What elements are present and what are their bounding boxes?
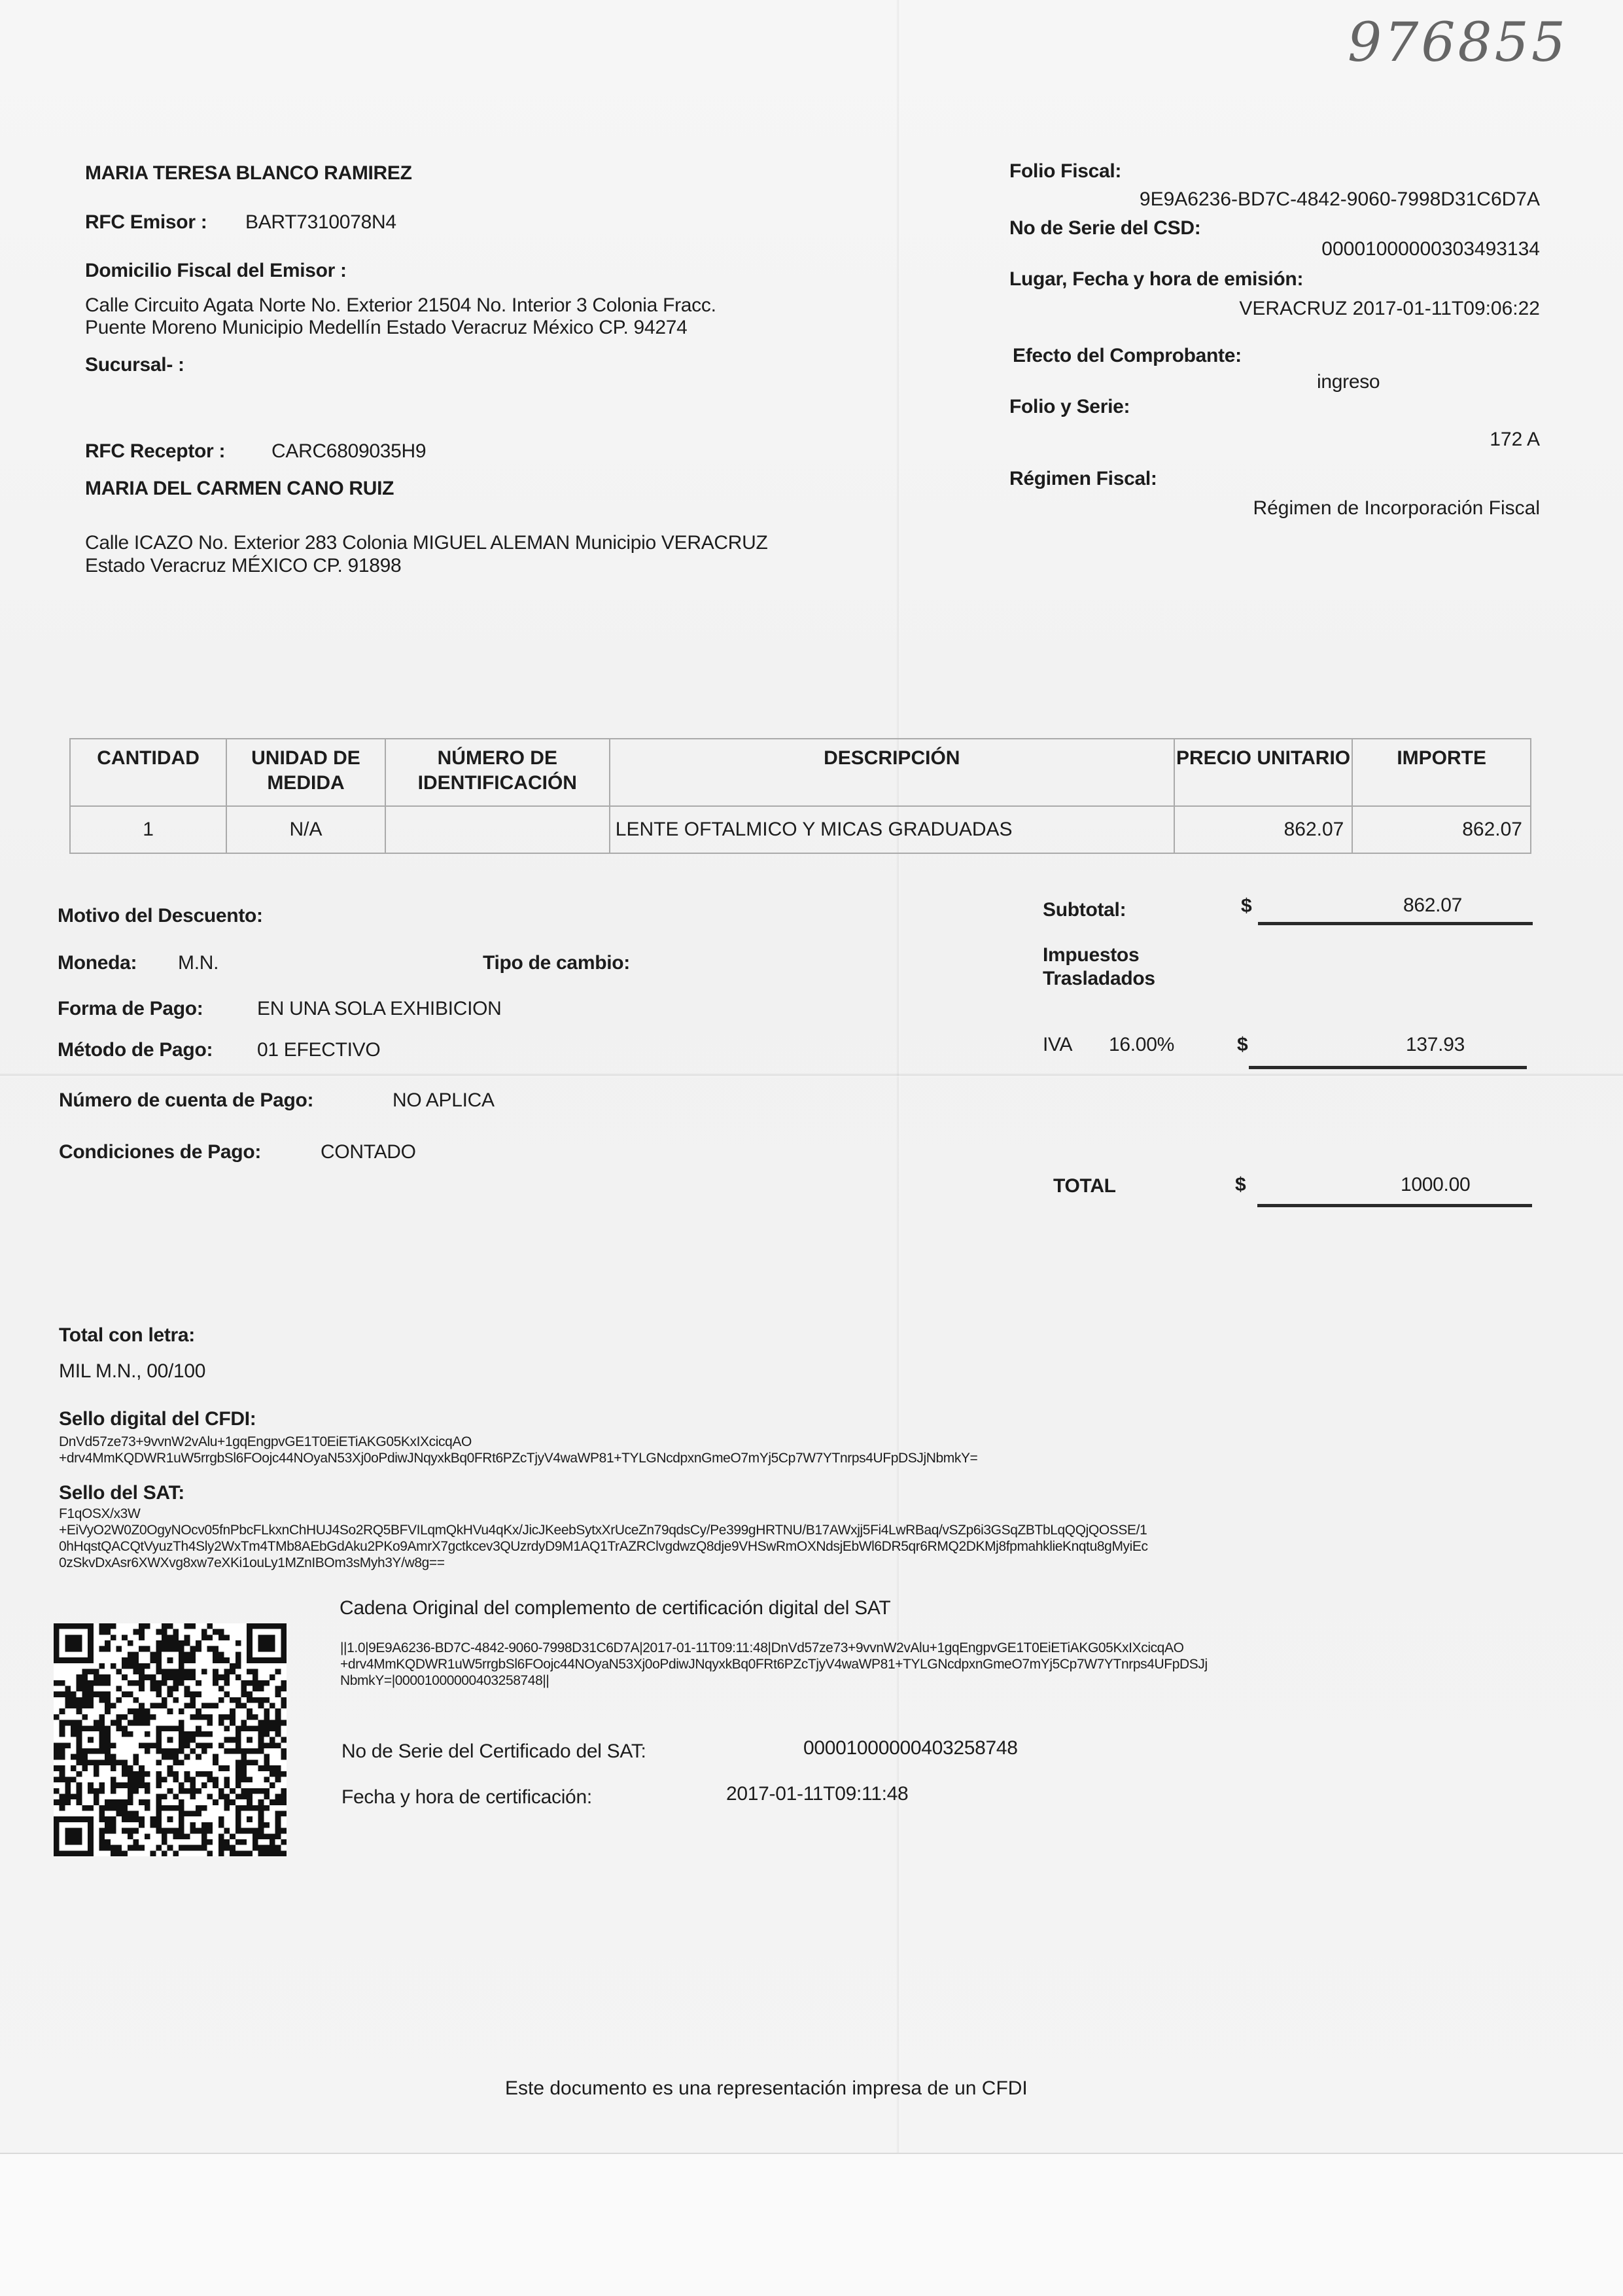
total-letra-label: Total con letra: <box>59 1324 195 1347</box>
serie-csd-label: No de Serie del CSD: <box>1009 217 1200 239</box>
sello-sat-line: F1qOSX/x3W <box>59 1505 140 1523</box>
domicilio-emisor-line2: Puente Moreno Municipio Medellín Estado … <box>85 317 687 339</box>
table-row: 1 N/A LENTE OFTALMICO Y MICAS GRADUADAS … <box>70 806 1531 853</box>
condiciones-value: CONTADO <box>321 1141 416 1163</box>
efecto-label: Efecto del Comprobante: <box>1013 345 1242 367</box>
moneda-value: M.N. <box>178 952 218 974</box>
invoice-page: 976855 MARIA TERESA BLANCO RAMIREZ RFC E… <box>0 0 1623 2296</box>
paper-fold-horizontal <box>0 1073 1623 1077</box>
sello-cfdi-label: Sello digital del CFDI: <box>59 1408 256 1430</box>
iva-value: 137.93 <box>1406 1034 1465 1056</box>
certificado-serie-label: No de Serie del Certificado del SAT: <box>341 1740 646 1763</box>
metodo-pago-label: Método de Pago: <box>58 1039 213 1061</box>
sello-sat-label: Sello del SAT: <box>59 1482 184 1504</box>
receptor-address-line2: Estado Veracruz MÉXICO CP. 91898 <box>85 555 401 577</box>
emisor-name: MARIA TERESA BLANCO RAMIREZ <box>85 162 412 185</box>
sello-cfdi-line: DnVd57ze73+9vvnW2vAlu+1gqEngpvGE1T0EiETi… <box>59 1433 472 1451</box>
forma-pago-label: Forma de Pago: <box>58 998 203 1020</box>
folio-fiscal-value: 9E9A6236-BD7C-4842-9060-7998D31C6D7A <box>1140 188 1540 211</box>
items-table: CANTIDAD UNIDAD DE MEDIDA NÚMERO DE IDEN… <box>69 738 1531 854</box>
iva-rate: 16.00% <box>1109 1034 1174 1056</box>
total-label: TOTAL <box>1053 1175 1116 1197</box>
certificacion-fecha-value: 2017-01-11T09:11:48 <box>726 1783 908 1805</box>
iva-currency: $ <box>1237 1034 1248 1056</box>
rfc-receptor-value: CARC6809035H9 <box>271 440 426 463</box>
impuestos-label-line1: Impuestos <box>1043 944 1139 966</box>
table-header-row: CANTIDAD UNIDAD DE MEDIDA NÚMERO DE IDEN… <box>70 739 1531 806</box>
folio-serie-value: 172 A <box>1490 429 1540 451</box>
sello-sat-line: 0zSkvDxAsr6XWXvg8xw7eXKi1ouLy1MZnIBOm3sM… <box>59 1554 445 1572</box>
sello-sat-line: +EiVyO2W0Z0OgyNOcv05fnPbcFLkxnChHUJ4So2R… <box>59 1521 1147 1539</box>
rfc-emisor-value: BART7310078N4 <box>245 211 396 234</box>
total-value: 1000.00 <box>1401 1174 1470 1196</box>
receptor-address-line1: Calle ICAZO No. Exterior 283 Colonia MIG… <box>85 532 768 554</box>
forma-pago-value: EN UNA SOLA EXHIBICION <box>257 998 502 1020</box>
regimen-fiscal-value: Régimen de Incorporación Fiscal <box>1253 497 1540 520</box>
iva-label: IVA <box>1043 1034 1072 1056</box>
rfc-emisor-label: RFC Emisor : <box>85 211 207 234</box>
serie-csd-value: 00001000000303493134 <box>1321 238 1540 260</box>
condiciones-label: Condiciones de Pago: <box>59 1141 261 1163</box>
handwritten-number: 976855 <box>1348 12 1568 74</box>
sello-sat-line: 0hHqstQACQtVyuzTh4Sly2WxTm4TMb8AEbGdAku2… <box>59 1538 1148 1555</box>
subtotal-value: 862.07 <box>1403 894 1462 917</box>
domicilio-emisor-label: Domicilio Fiscal del Emisor : <box>85 260 347 282</box>
impuestos-label-line2: Trasladados <box>1043 968 1155 990</box>
folio-fiscal-label: Folio Fiscal: <box>1009 160 1121 183</box>
folio-serie-label: Folio y Serie: <box>1009 396 1130 418</box>
subtotal-currency: $ <box>1241 895 1251 917</box>
motivo-descuento-label: Motivo del Descuento: <box>58 905 263 927</box>
domicilio-emisor-line1: Calle Circuito Agata Norte No. Exterior … <box>85 294 716 317</box>
cadena-original-line: NbmkY=|00001000000403258748|| <box>340 1672 549 1689</box>
cadena-original-line: +drv4MmKQDWR1uW5rrgbSl6FOojc44NOyaN53Xj0… <box>340 1655 1208 1673</box>
moneda-label: Moneda: <box>58 952 137 974</box>
scan-bottom-edge <box>0 2153 1623 2296</box>
rfc-receptor-label: RFC Receptor : <box>85 440 225 463</box>
sucursal-label: Sucursal- : <box>85 354 184 376</box>
subtotal-label: Subtotal: <box>1043 899 1126 921</box>
efecto-value: ingreso <box>1317 371 1380 393</box>
cell-precio: 862.07 <box>1174 806 1353 853</box>
total-underline <box>1257 1204 1532 1207</box>
header-importe: IMPORTE <box>1352 739 1531 806</box>
footer-note: Este documento es una representación imp… <box>505 2077 1028 2100</box>
regimen-fiscal-label: Régimen Fiscal: <box>1009 468 1157 490</box>
lugar-fecha-value: VERACRUZ 2017-01-11T09:06:22 <box>1239 298 1540 320</box>
qr-code-icon <box>54 1623 287 1856</box>
receptor-name: MARIA DEL CARMEN CANO RUIZ <box>85 478 394 500</box>
total-letra-value: MIL M.N., 00/100 <box>59 1360 205 1383</box>
header-descripcion: DESCRIPCIÓN <box>610 739 1174 806</box>
header-numero: NÚMERO DE IDENTIFICACIÓN <box>385 739 610 806</box>
metodo-pago-value: 01 EFECTIVO <box>257 1039 380 1061</box>
cell-cantidad: 1 <box>70 806 226 853</box>
subtotal-underline <box>1258 922 1533 925</box>
sello-cfdi-line: +drv4MmKQDWR1uW5rrgbSl6FOojc44NOyaN53Xj0… <box>59 1449 977 1467</box>
cell-numero <box>385 806 610 853</box>
certificacion-fecha-label: Fecha y hora de certificación: <box>341 1786 592 1809</box>
cell-descripcion: LENTE OFTALMICO Y MICAS GRADUADAS <box>610 806 1174 853</box>
cadena-original-line: ||1.0|9E9A6236-BD7C-4842-9060-7998D31C6D… <box>340 1639 1184 1657</box>
cuenta-pago-value: NO APLICA <box>393 1089 495 1112</box>
cell-importe: 862.07 <box>1352 806 1531 853</box>
header-unidad: UNIDAD DE MEDIDA <box>226 739 385 806</box>
cell-unidad: N/A <box>226 806 385 853</box>
lugar-fecha-label: Lugar, Fecha y hora de emisión: <box>1009 268 1303 291</box>
header-precio: PRECIO UNITARIO <box>1174 739 1353 806</box>
header-cantidad: CANTIDAD <box>70 739 226 806</box>
tipo-cambio-label: Tipo de cambio: <box>483 952 630 974</box>
total-currency: $ <box>1235 1174 1246 1196</box>
iva-underline <box>1249 1066 1527 1069</box>
cuenta-pago-label: Número de cuenta de Pago: <box>59 1089 313 1112</box>
paper-fold-vertical <box>896 0 900 2296</box>
cadena-original-title: Cadena Original del complemento de certi… <box>340 1597 890 1619</box>
certificado-serie-value: 00001000000403258748 <box>803 1737 1018 1759</box>
